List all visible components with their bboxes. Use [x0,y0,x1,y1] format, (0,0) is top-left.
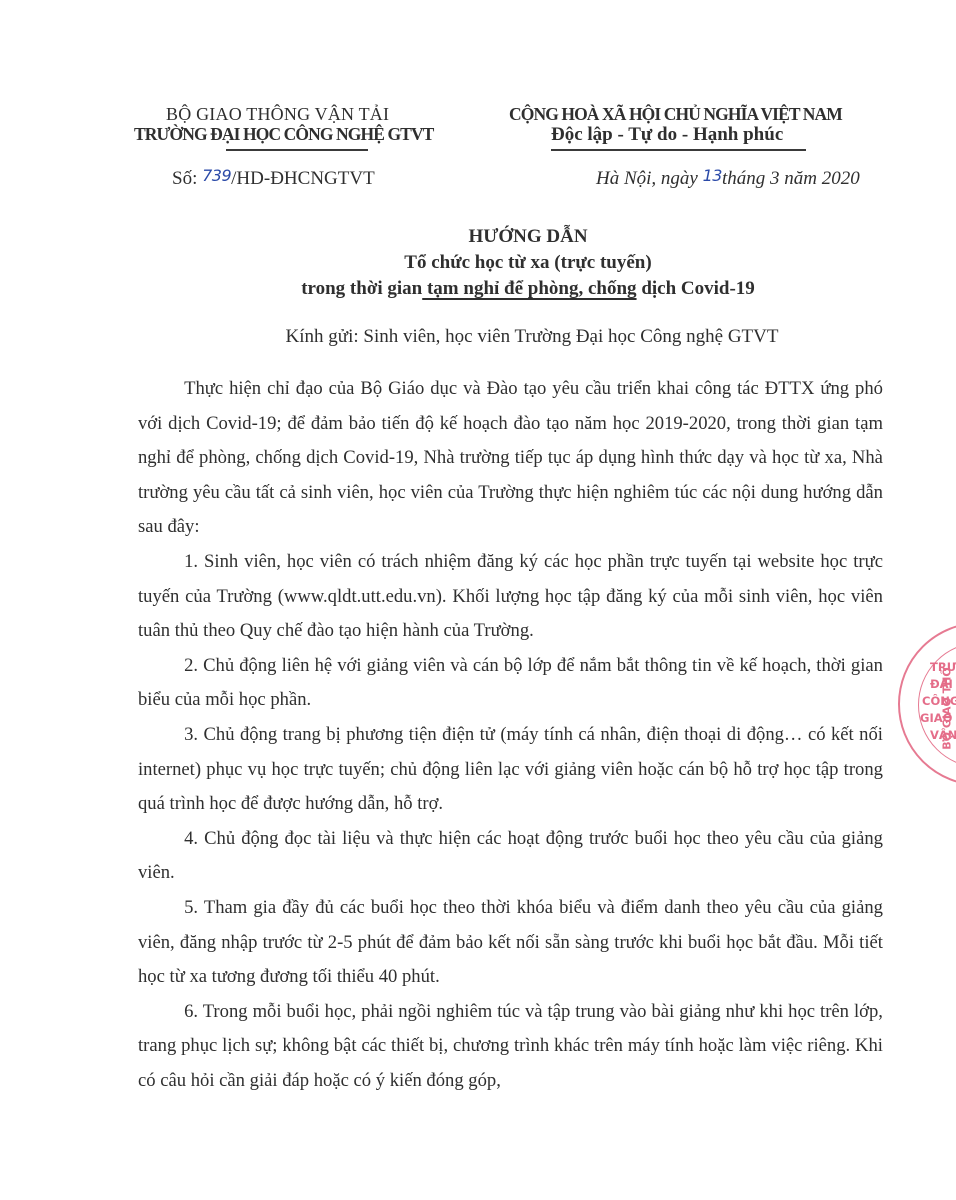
stamp-line-2: ĐẠI [930,677,953,692]
subtitle-post: dịch Covid-19 [637,278,755,299]
document-number: Số: 739/HD-ĐHCNGTVT [172,168,375,190]
date-prefix: Hà Nội, ngày [596,168,698,189]
school-name: TRƯỜNG ĐẠI HỌC CÔNG NGHỆ GTVT [134,124,433,145]
stamp-ring-text: BỘ GIAO THÔ [941,667,954,749]
document-number-prefix: Số: [172,168,197,189]
subtitle-pre: trong thời gian [301,278,422,299]
instruction-item-3: 3. Chủ động trang bị phương tiện điện tử… [138,718,883,822]
document-subtitle: Tổ chức học từ xa (trực tuyến) [0,252,956,274]
instruction-item-5: 5. Tham gia đầy đủ các buổi học theo thờ… [138,891,883,995]
stamp-inner-ring [918,642,956,768]
motto-divider [551,149,806,151]
document-number-suffix: /HD-ĐHCNGTVT [231,168,375,189]
document-body: Thực hiện chỉ đạo của Bộ Giáo dục và Đào… [138,372,883,1098]
date-day-handwritten: 13 [703,166,722,185]
recipient-line: Kính gửi: Sinh viên, học viên Trường Đại… [0,326,956,348]
stamp-line-4: GIAO [920,711,952,726]
instruction-item-1: 1. Sinh viên, học viên có trách nhiệm đă… [138,545,883,649]
stamp-line-5: VẬN [930,728,956,743]
ministry-name: BỘ GIAO THÔNG VẬN TẢI [166,104,389,125]
intro-paragraph: Thực hiện chỉ đạo của Bộ Giáo dục và Đào… [138,372,883,545]
document-subtitle-line-2: trong thời gian tạm nghỉ để phòng, chống… [0,278,956,300]
stamp-line-3: CÔNG [922,694,956,709]
official-seal-stamp: BỘ GIAO THÔ TRƯ ĐẠI CÔNG GIAO VẬN [898,622,956,786]
subtitle-underlined: tạm nghỉ để phòng, chống [422,278,636,299]
stamp-ring-label: BỘ GIAO THÔ [941,667,954,749]
issue-date: Hà Nội, ngày 13tháng 3 năm 2020 [596,168,860,190]
instruction-item-2: 2. Chủ động liên hệ với giảng viên và cá… [138,649,883,718]
national-motto: Độc lập - Tự do - Hạnh phúc [551,124,783,146]
instruction-item-4: 4. Chủ động đọc tài liệu và thực hiện cá… [138,822,883,891]
document-number-handwritten: 739 [202,166,231,185]
stamp-line-1: TRƯ [930,660,956,675]
school-name-divider [226,149,368,151]
date-suffix: tháng 3 năm 2020 [722,168,860,189]
republic-name: CỘNG HOÀ XÃ HỘI CHỦ NGHĨA VIỆT NAM [509,104,842,125]
document-title: HƯỚNG DẪN [0,226,956,248]
instruction-item-6: 6. Trong mỗi buổi học, phải ngồi nghiêm … [138,995,883,1099]
